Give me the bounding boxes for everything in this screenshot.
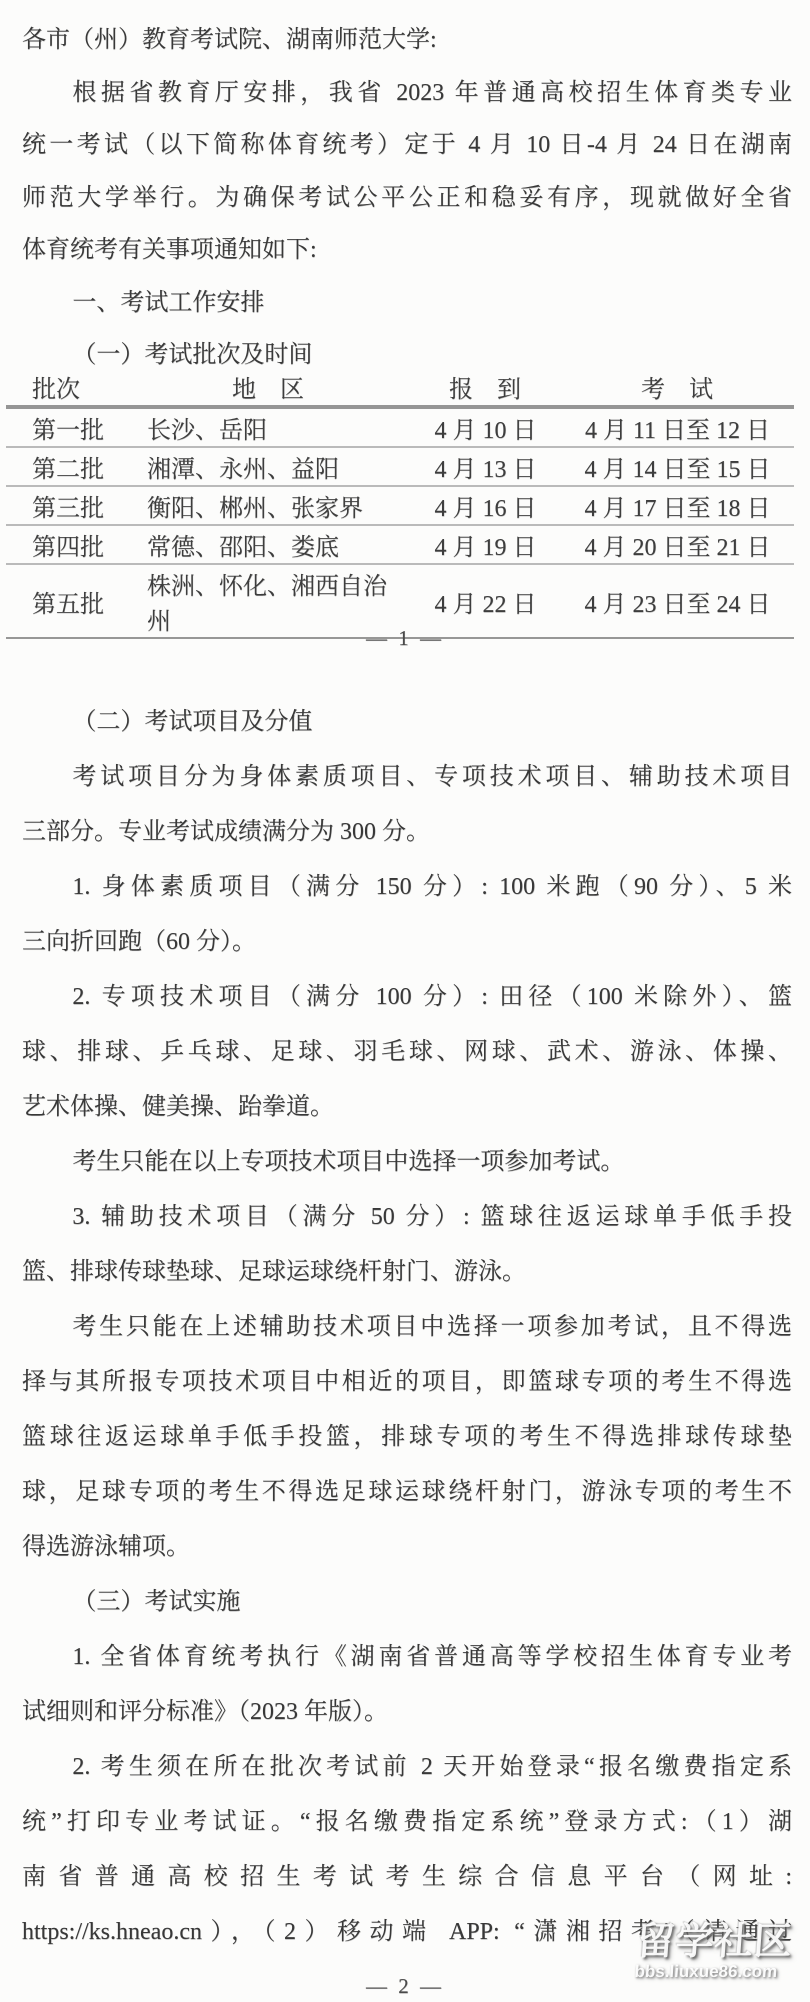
table-header-row: 批次地 区报 到考 试 — [6, 368, 794, 407]
document-page: 各市（州）教育考试院、湖南师范大学:根据省教育厅安排，我省 2023 年普通高校… — [0, 0, 810, 2002]
text-line: 统”打印专业考试证。“报名缴费指定系统”登录方式:（1）湖 — [22, 1795, 792, 1850]
text-line: 1. 全省体育统考执行《湖南省普通高等学校招生体育专业考 — [22, 1630, 792, 1685]
table-cell: 第三批 — [6, 486, 127, 525]
schedule-table-body: 第一批长沙、岳阳4 月 10 日4 月 11 日至 12 日第二批湘潭、永州、益… — [6, 407, 794, 638]
table-cell: 长沙、岳阳 — [127, 407, 410, 447]
text-line: 师范大学举行。为确保考试公平公正和稳妥有序，现就做好全省 — [22, 172, 792, 225]
section-heading: 一、考试工作安排 — [22, 277, 792, 330]
text-line: 艺术体操、健美操、跆拳道。 — [22, 1080, 792, 1135]
text-line: 三部分。专业考试成绩满分为 300 分。 — [22, 805, 792, 860]
text-line: 篮、排球传球垫球、足球运球绕杆射门、游泳。 — [22, 1245, 792, 1300]
text-line: 1. 身体素质项目（满分 150 分）: 100 米跑（90 分）、5 米 — [22, 860, 792, 915]
page2-number: — 2 — — [0, 1972, 810, 2000]
table-cell: 4 月 16 日 — [410, 486, 561, 525]
text-line: 球，足球专项的考生不得选足球运球绕杆射门，游泳专项的考生不 — [22, 1465, 792, 1520]
text-line: 2. 考生须在所在批次考试前 2 天开始登录“报名缴费指定系 — [22, 1740, 792, 1795]
table-cell: 4 月 20 日至 21 日 — [561, 525, 794, 564]
table-cell: 常德、邵阳、娄底 — [127, 525, 410, 564]
table-cell: 第一批 — [6, 407, 127, 447]
text-line: 篮球往返运球单手低手投篮，排球专项的考生不得选排球传球垫 — [22, 1410, 792, 1465]
text-line: 根据省教育厅安排，我省 2023 年普通高校招生体育类专业 — [22, 67, 792, 120]
table-cell: 第二批 — [6, 447, 127, 486]
text-line: 考生只能在上述辅助技术项目中选择一项参加考试，且不得选 — [22, 1300, 792, 1355]
text-line: 3. 辅助技术项目（满分 50 分）: 篮球往返运球单手低手投 — [22, 1190, 792, 1245]
table-header-cell: 报 到 — [410, 368, 561, 407]
table-cell: 4 月 17 日至 18 日 — [561, 486, 794, 525]
text-line: https://ks.hneao.cn），（2）移动端 APP: “潇湘招考”（… — [22, 1905, 792, 1960]
table-row: 第三批衡阳、郴州、张家界4 月 16 日4 月 17 日至 18 日 — [6, 486, 794, 525]
text-line: 各市（州）教育考试院、湖南师范大学: — [22, 14, 792, 67]
table-cell: 4 月 14 日至 15 日 — [561, 447, 794, 486]
page1-text-block: 各市（州）教育考试院、湖南师范大学:根据省教育厅安排，我省 2023 年普通高校… — [22, 14, 792, 382]
table-header-cell: 考 试 — [561, 368, 794, 407]
text-line: 体育统考有关事项通知如下: — [22, 224, 792, 277]
table-row: 第二批湘潭、永州、益阳4 月 13 日4 月 14 日至 15 日 — [6, 447, 794, 486]
table-cell: 衡阳、郴州、张家界 — [127, 486, 410, 525]
schedule-table-head: 批次地 区报 到考 试 — [6, 368, 794, 407]
text-line: 得选游泳辅项。 — [22, 1520, 792, 1575]
text-line: 择与其所报专项技术项目中相近的项目，即篮球专项的考生不得选 — [22, 1355, 792, 1410]
table-cell: 湘潭、永州、益阳 — [127, 447, 410, 486]
text-line: 三向折回跑（60 分）。 — [22, 915, 792, 970]
table-cell: 4 月 10 日 — [410, 407, 561, 447]
table-cell: 4 月 13 日 — [410, 447, 561, 486]
table-cell: 4 月 11 日至 12 日 — [561, 407, 794, 447]
text-line: 试细则和评分标准》（2023 年版）。 — [22, 1685, 792, 1740]
exam-schedule-table: 批次地 区报 到考 试 第一批长沙、岳阳4 月 10 日4 月 11 日至 12… — [6, 368, 794, 639]
table-row: 第四批常德、邵阳、娄底4 月 19 日4 月 20 日至 21 日 — [6, 525, 794, 564]
section-heading: （二）考试项目及分值 — [22, 695, 792, 750]
table-header-cell: 批次 — [6, 368, 127, 407]
table-row: 第一批长沙、岳阳4 月 10 日4 月 11 日至 12 日 — [6, 407, 794, 447]
page2-text-block: （二）考试项目及分值考试项目分为身体素质项目、专项技术项目、辅助技术项目三部分。… — [22, 695, 792, 1960]
text-line: 2. 专项技术项目（满分 100 分）: 田径（100 米除外）、篮 — [22, 970, 792, 1025]
text-line: 统一考试（以下简称体育统考）定于 4 月 10 日-4 月 24 日在湖南 — [22, 119, 792, 172]
text-line: 考试项目分为身体素质项目、专项技术项目、辅助技术项目 — [22, 750, 792, 805]
table-cell: 第四批 — [6, 525, 127, 564]
text-line: 考生只能在以上专项技术项目中选择一项参加考试。 — [22, 1135, 792, 1190]
text-line: 南省普通高校招生考试考生综合信息平台（网址: — [22, 1850, 792, 1905]
page1-number: — 1 — — [0, 624, 810, 652]
table-cell: 4 月 19 日 — [410, 525, 561, 564]
table-header-cell: 地 区 — [127, 368, 410, 407]
text-line: 球、排球、乒乓球、足球、羽毛球、网球、武术、游泳、体操、 — [22, 1025, 792, 1080]
section-heading: （三）考试实施 — [22, 1575, 792, 1630]
